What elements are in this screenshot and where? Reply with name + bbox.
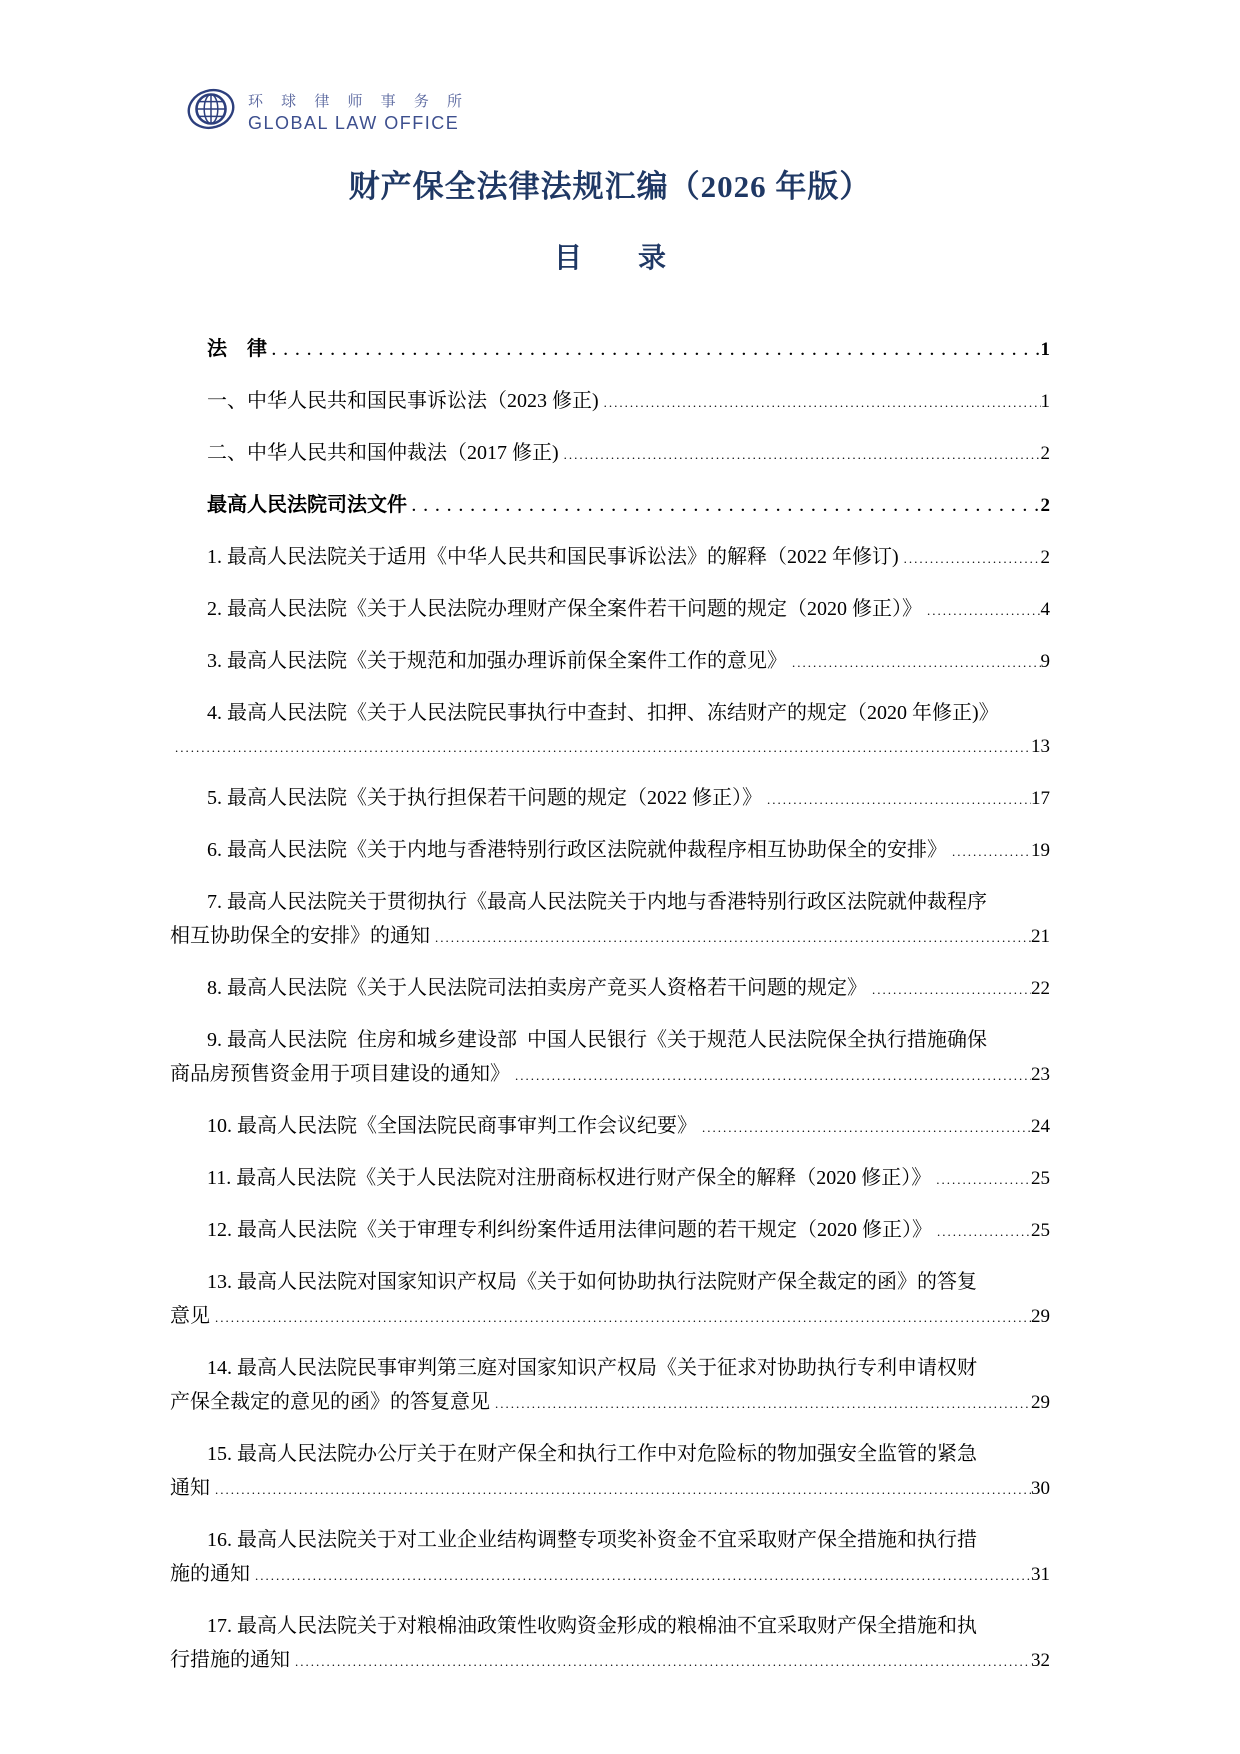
toc-entry-row: 10. 最高人民法院《全国法院民商事审判工作会议纪要》.............… [170, 1109, 1050, 1145]
toc-entry-title: 11. 最高人民法院《关于人民法院对注册商标权进行财产保全的解释（2020 修正… [170, 1161, 931, 1195]
dot-leader: ........................................… [210, 1301, 1031, 1335]
toc-entry-row: 施的通知....................................… [170, 1557, 1050, 1593]
toc-page-number: 17 [1031, 782, 1050, 816]
dot-leader: ........................................… [762, 783, 1031, 817]
logo-chinese-name: 环 球 律 师 事 务 所 [248, 90, 469, 111]
toc-page-number: 31 [1031, 1558, 1050, 1592]
toc-page-number: 2 [1041, 489, 1051, 523]
dot-leader: ........................................… [947, 835, 1031, 869]
toc-page-number: 25 [1031, 1214, 1050, 1248]
toc-entry-title: 法 律 [170, 332, 267, 366]
toc-entry[interactable]: 4. 最高人民法院《关于人民法院民事执行中查封、扣押、冻结财产的规定（2020 … [170, 696, 1050, 765]
dot-leader: ........................................… [932, 1215, 1031, 1249]
toc-entry[interactable]: 9. 最高人民法院 住房和城乡建设部 中国人民银行《关于规范人民法院保全执行措施… [170, 1023, 1050, 1093]
toc-page-number: 32 [1031, 1644, 1050, 1678]
dot-leader: ........................................… [599, 386, 1041, 420]
dot-leader: ........................................… [931, 1163, 1031, 1197]
toc-entry[interactable]: 7. 最高人民法院关于贯彻执行《最高人民法院关于内地与香港特别行政区法院就仲裁程… [170, 885, 1050, 955]
dot-leader: ........................................… [170, 731, 1031, 765]
toc-entry-title: 6. 最高人民法院《关于内地与香港特别行政区法院就仲裁程序相互协助保全的安排》 [170, 833, 947, 867]
toc-entry-title: 一、中华人民共和国民事诉讼法（2023 修正) [170, 384, 599, 418]
toc-page-number: 29 [1031, 1386, 1050, 1420]
toc-page-number: 1 [1041, 385, 1051, 419]
toc-entry-row: 2. 最高人民法院《关于人民法院办理财产保全案件若干问题的规定（2020 修正）… [170, 592, 1050, 628]
toc-page-number: 13 [1031, 730, 1050, 764]
page-footer: 1 [0, 1612, 1240, 1632]
toc-entry[interactable]: 16. 最高人民法院关于对工业企业结构调整专项奖补资金不宜采取财产保全措施和执行… [170, 1523, 1050, 1593]
dot-leader: ........................................… [559, 438, 1041, 472]
toc-page-number: 21 [1031, 920, 1050, 954]
toc-entry-row: 11. 最高人民法院《关于人民法院对注册商标权进行财产保全的解释（2020 修正… [170, 1161, 1050, 1197]
toc-entry-title: 14. 最高人民法院民事审判第三庭对国家知识产权局《关于征求对协助执行专利申请权… [170, 1351, 1050, 1385]
toc-page-number: 2 [1041, 437, 1051, 471]
dot-leader: ........................................… [290, 1645, 1031, 1679]
toc-entry-title: 1. 最高人民法院关于适用《中华人民共和国民事诉讼法》的解释（2022 年修订) [170, 540, 899, 574]
toc-entry[interactable]: 12. 最高人民法院《关于审理专利纠纷案件适用法律问题的若干规定（2020 修正… [170, 1213, 1050, 1249]
toc-entry-title: 7. 最高人民法院关于贯彻执行《最高人民法院关于内地与香港特别行政区法院就仲裁程… [170, 885, 1050, 919]
toc-entry-row: 产保全裁定的意见的函》的答复意见........................… [170, 1385, 1050, 1421]
dot-leader: ........................................… [407, 490, 1041, 524]
toc-entry-title: 5. 最高人民法院《关于执行担保若干问题的规定（2022 修正）》 [170, 781, 762, 815]
toc-page-number: 1 [1041, 333, 1051, 367]
toc-entry-row: 3. 最高人民法院《关于规范和加强办理诉前保全案件工作的意见》.........… [170, 644, 1050, 680]
toc-entry-title: 16. 最高人民法院关于对工业企业结构调整专项奖补资金不宜采取财产保全措施和执行… [170, 1523, 1050, 1557]
toc-page-number: 30 [1031, 1472, 1050, 1506]
toc-entry-row: 商品房预售资金用于项目建设的通知》.......................… [170, 1057, 1050, 1093]
logo: 环 球 律 师 事 务 所 GLOBAL LAW OFFICE [186, 84, 1050, 139]
toc-page-number: 19 [1031, 834, 1050, 868]
toc-entry[interactable]: 5. 最高人民法院《关于执行担保若干问题的规定（2022 修正）》.......… [170, 781, 1050, 817]
toc-entry-title-continued: 产保全裁定的意见的函》的答复意见 [170, 1385, 490, 1419]
dot-leader: ........................................… [922, 594, 1041, 628]
toc-entry-row: 行措施的通知..................................… [170, 1643, 1050, 1679]
toc-entry-title: 最高人民法院司法文件 [170, 488, 407, 522]
toc-entry[interactable]: 10. 最高人民法院《全国法院民商事审判工作会议纪要》.............… [170, 1109, 1050, 1145]
toc-entry-row: ........................................… [170, 730, 1050, 765]
toc-entry-title: 10. 最高人民法院《全国法院民商事审判工作会议纪要》 [170, 1109, 697, 1143]
toc-entry-title: 13. 最高人民法院对国家知识产权局《关于如何协助执行法院财产保全裁定的函》的答… [170, 1265, 1050, 1299]
toc-page-number: 9 [1041, 645, 1051, 679]
toc-entry[interactable]: 11. 最高人民法院《关于人民法院对注册商标权进行财产保全的解释（2020 修正… [170, 1161, 1050, 1197]
toc-entry-title-continued: 意见 [170, 1299, 210, 1333]
toc-entry-row: 5. 最高人民法院《关于执行担保若干问题的规定（2022 修正）》.......… [170, 781, 1050, 817]
toc-entry[interactable]: 3. 最高人民法院《关于规范和加强办理诉前保全案件工作的意见》.........… [170, 644, 1050, 680]
toc-entry-row: 一、中华人民共和国民事诉讼法（2023 修正).................… [170, 384, 1050, 420]
logo-english-name: GLOBAL LAW OFFICE [248, 113, 469, 134]
toc-entry-row: 法 律.....................................… [170, 332, 1050, 368]
toc-entry-title: 15. 最高人民法院办公厅关于在财产保全和执行工作中对危险标的物加强安全监管的紧… [170, 1437, 1050, 1471]
dot-leader: ........................................… [510, 1059, 1031, 1093]
toc-entry[interactable]: 一、中华人民共和国民事诉讼法（2023 修正).................… [170, 384, 1050, 420]
toc-entry[interactable]: 1. 最高人民法院关于适用《中华人民共和国民事诉讼法》的解释（2022 年修订)… [170, 540, 1050, 576]
toc-entry-row: 最高人民法院司法文件..............................… [170, 488, 1050, 524]
dot-leader: ........................................… [210, 1473, 1031, 1507]
toc-entry[interactable]: 最高人民法院司法文件..............................… [170, 488, 1050, 524]
toc-entry-title: 9. 最高人民法院 住房和城乡建设部 中国人民银行《关于规范人民法院保全执行措施… [170, 1023, 1050, 1057]
document-title: 财产保全法律法规汇编（2026 年版） [170, 161, 1050, 206]
dot-leader: ........................................… [787, 646, 1041, 680]
toc-page-number: 4 [1041, 593, 1051, 627]
dot-leader: ........................................… [867, 973, 1031, 1007]
toc-page-number: 24 [1031, 1110, 1050, 1144]
toc-page-number: 2 [1041, 541, 1051, 575]
toc-entry-title: 3. 最高人民法院《关于规范和加强办理诉前保全案件工作的意见》 [170, 644, 787, 678]
toc-entry-title-continued: 相互协助保全的安排》的通知 [170, 919, 430, 953]
toc-entry-title-continued: 商品房预售资金用于项目建设的通知》 [170, 1057, 510, 1091]
toc-entry[interactable]: 6. 最高人民法院《关于内地与香港特别行政区法院就仲裁程序相互协助保全的安排》.… [170, 833, 1050, 869]
dot-leader: ........................................… [697, 1111, 1031, 1145]
toc-entry-row: 6. 最高人民法院《关于内地与香港特别行政区法院就仲裁程序相互协助保全的安排》.… [170, 833, 1050, 869]
toc-page-number: 29 [1031, 1300, 1050, 1334]
toc-entry-row: 相互协助保全的安排》的通知...........................… [170, 919, 1050, 955]
toc-entry[interactable]: 15. 最高人民法院办公厅关于在财产保全和执行工作中对危险标的物加强安全监管的紧… [170, 1437, 1050, 1507]
toc-entry-title: 4. 最高人民法院《关于人民法院民事执行中查封、扣押、冻结财产的规定（2020 … [170, 696, 1050, 730]
logo-text: 环 球 律 师 事 务 所 GLOBAL LAW OFFICE [248, 90, 469, 134]
toc-entry-row: 12. 最高人民法院《关于审理专利纠纷案件适用法律问题的若干规定（2020 修正… [170, 1213, 1050, 1249]
table-of-contents: 法 律.....................................… [170, 332, 1050, 1679]
toc-entry[interactable]: 13. 最高人民法院对国家知识产权局《关于如何协助执行法院财产保全裁定的函》的答… [170, 1265, 1050, 1335]
footer-page-number: 1 [616, 1612, 625, 1631]
toc-entry-title-continued: 施的通知 [170, 1557, 250, 1591]
toc-entry-row: 二、中华人民共和国仲裁法（2017 修正)...................… [170, 436, 1050, 472]
toc-page-number: 22 [1031, 972, 1050, 1006]
globe-icon [186, 84, 236, 139]
toc-heading: 目 录 [170, 236, 1050, 276]
toc-entry[interactable]: 二、中华人民共和国仲裁法（2017 修正)...................… [170, 436, 1050, 472]
dot-leader: ........................................… [267, 334, 1041, 368]
toc-entry-row: 1. 最高人民法院关于适用《中华人民共和国民事诉讼法》的解释（2022 年修订)… [170, 540, 1050, 576]
toc-entry[interactable]: 8. 最高人民法院《关于人民法院司法拍卖房产竞买人资格若干问题的规定》.....… [170, 971, 1050, 1007]
toc-entry-title: 二、中华人民共和国仲裁法（2017 修正) [170, 436, 559, 470]
toc-entry-title: 2. 最高人民法院《关于人民法院办理财产保全案件若干问题的规定（2020 修正）… [170, 592, 922, 626]
dot-leader: ........................................… [490, 1387, 1031, 1421]
toc-entry-title-continued: 通知 [170, 1471, 210, 1505]
toc-entry-title: 12. 最高人民法院《关于审理专利纠纷案件适用法律问题的若干规定（2020 修正… [170, 1213, 932, 1247]
toc-entry-row: 通知......................................… [170, 1471, 1050, 1507]
toc-entry[interactable]: 2. 最高人民法院《关于人民法院办理财产保全案件若干问题的规定（2020 修正）… [170, 592, 1050, 628]
toc-entry-row: 意见......................................… [170, 1299, 1050, 1335]
dot-leader: ........................................… [250, 1559, 1031, 1593]
toc-entry-title-continued: 行措施的通知 [170, 1643, 290, 1677]
toc-entry-title: 8. 最高人民法院《关于人民法院司法拍卖房产竞买人资格若干问题的规定》 [170, 971, 867, 1005]
toc-entry[interactable]: 法 律.....................................… [170, 332, 1050, 368]
toc-page-number: 25 [1031, 1162, 1050, 1196]
toc-page-number: 23 [1031, 1058, 1050, 1092]
dot-leader: ........................................… [899, 542, 1041, 576]
toc-entry[interactable]: 14. 最高人民法院民事审判第三庭对国家知识产权局《关于征求对协助执行专利申请权… [170, 1351, 1050, 1421]
document-page: 环 球 律 师 事 务 所 GLOBAL LAW OFFICE 财产保全法律法规… [0, 0, 1240, 1754]
toc-entry-row: 8. 最高人民法院《关于人民法院司法拍卖房产竞买人资格若干问题的规定》.....… [170, 971, 1050, 1007]
dot-leader: ........................................… [430, 921, 1031, 955]
